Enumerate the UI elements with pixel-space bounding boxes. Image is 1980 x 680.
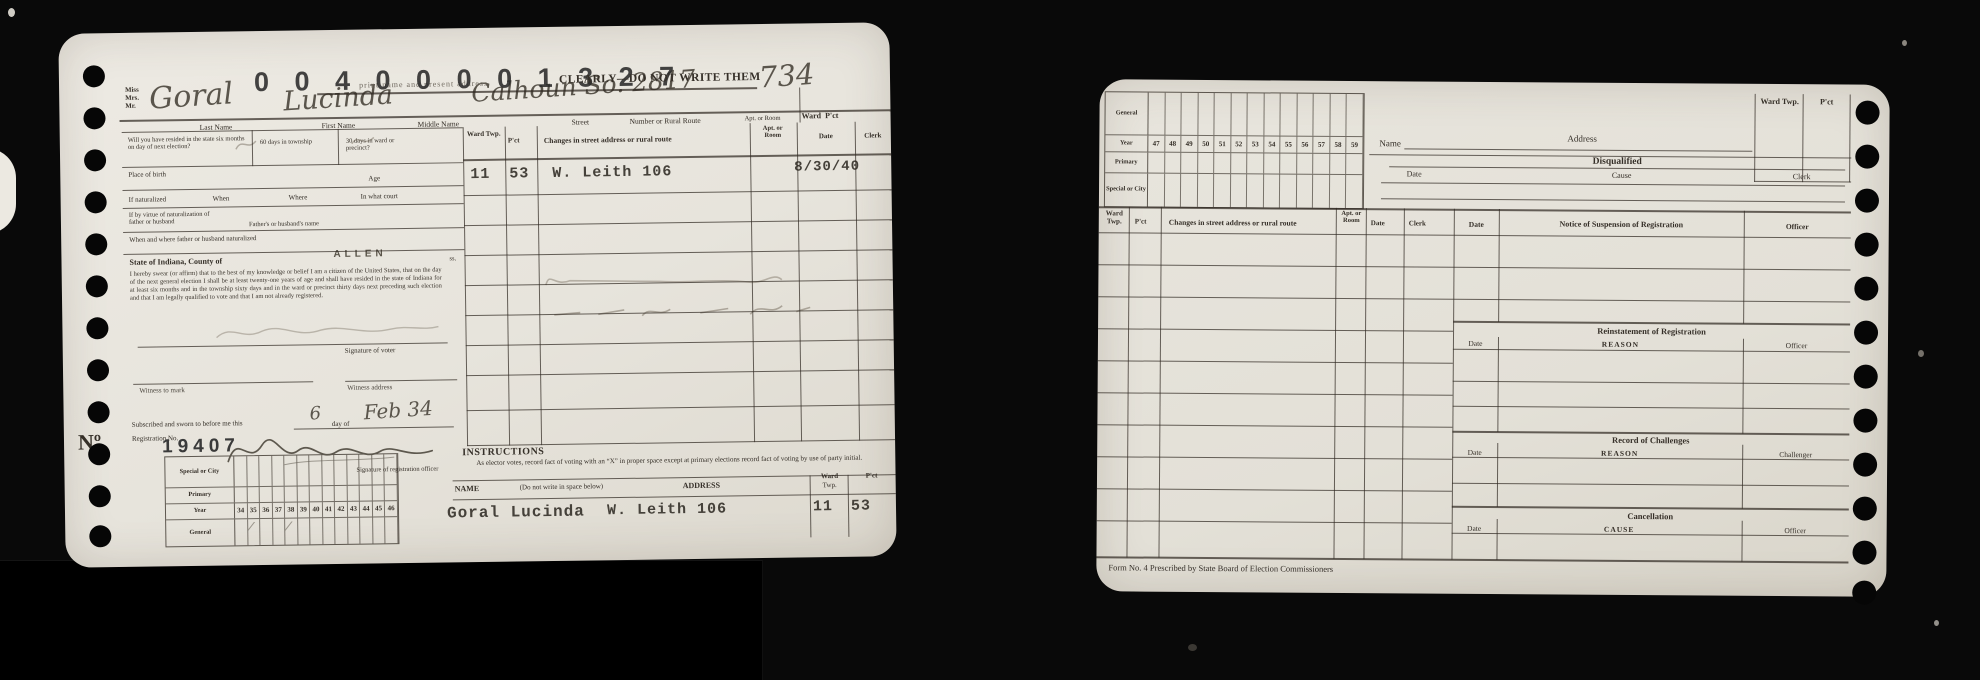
punch-hole [1853,497,1877,521]
dust-speck [1188,644,1197,651]
grid-cell: 44 [360,501,373,516]
grid-cell [385,485,398,500]
typed-ward-value: 11 [470,167,490,184]
grid-cell [348,518,361,544]
grid-cell [235,487,248,502]
grid-cell: 55 [1281,137,1298,153]
grid-cell [385,517,398,543]
grid-cell [1198,153,1215,173]
grid-cell [1247,174,1264,207]
punch-hole [1852,581,1876,605]
label-apt-room: Apt. or Room [745,115,781,123]
grid-cell [1148,174,1165,207]
col-date: Date [800,133,852,142]
vote-mark: ⁄ [249,519,252,541]
suspension-title: Notice of Suspension of Registration [1501,220,1742,231]
back-col-ward-twp: Ward Twp. [1101,210,1128,226]
rule-line [1098,392,1453,395]
grid-cell: ⁄ [248,519,261,545]
rule-line [1742,339,1744,434]
reinstatement-date: Date [1453,340,1498,349]
rule-line [1741,521,1742,562]
col-changes: Changes in street address or rural route [544,135,672,145]
typed-voter-address: W. Leith 106 [607,502,727,520]
rule-line [1401,208,1404,559]
salutation-mrs: Mrs. [125,95,139,103]
rule-line [463,127,468,446]
grid-cell: 52 [1231,136,1248,152]
rule-line [1099,232,1454,235]
rule-line [1098,328,1453,331]
grid-row: Year47484950515253545556575859 [1105,135,1363,154]
handwritten-sworn-date: Feb 34 [363,397,434,424]
cancellation-title: Cancellation [1452,511,1849,523]
grid-cell [1214,174,1231,207]
grid-cell [1231,153,1248,173]
grid-cell [1231,93,1248,135]
label-where: Where [289,194,308,202]
grid-cell [372,485,385,500]
col-apt-room: Apt. or Room [756,125,790,140]
grid-row-label: Year [166,503,235,519]
punch-hole [83,65,105,87]
rule-line [133,381,313,385]
grid-cell: 59 [1347,137,1364,153]
grid-row: General⁄⁄ [166,517,398,546]
label-when-where-naturalized: When and where father or husband natural… [129,235,259,244]
grid-cell [1198,174,1215,207]
rule-line [1099,206,1851,213]
rule-line [1097,456,1452,459]
typed-voter-ward: 11 [813,499,833,516]
grid-cell: 50 [1198,136,1215,152]
grid-cell: 35 [247,503,260,518]
disqualified-date: Date [1384,170,1444,179]
rule-line [1126,206,1129,557]
back-ward-twp: Ward Twp. [1760,98,1800,107]
grid-cell [1247,153,1264,173]
rule-line [848,475,850,537]
grid-cell: 37 [272,503,285,518]
grid-row-label: Primary [1105,152,1148,172]
grid-cell [322,486,335,501]
grid-cell [297,486,310,501]
punch-hole [84,149,106,171]
answer-marks [232,129,422,162]
reinstatement-officer: Officer [1745,342,1848,351]
voter-registration-card-front: 0 0 4 0 0 0 0 1 3 2 7 print name and pre… [58,22,896,568]
punch-hole [1854,277,1878,301]
grid-cell [247,487,260,502]
rule-line [1333,208,1336,559]
reinstatement-title: Reinstatement of Registration [1453,326,1850,338]
question-resided: Will you have resided in the state six m… [128,135,246,151]
rule-line [464,249,892,256]
grid-cell [360,485,373,500]
back-col-changes: Changes in street address or rural route [1169,219,1297,228]
grid-cell [323,518,336,544]
film-tear-blob [0,148,16,234]
rule-line [464,189,892,196]
salutation-mr: Mr. [125,103,136,111]
grid-cell [1181,174,1198,207]
rule-line [1097,424,1452,427]
grid-row-label: General [1105,92,1148,134]
grid-cell: 47 [1148,136,1165,152]
grid-cell [1280,175,1297,208]
punch-hole [1853,453,1877,477]
dust-speck [1918,350,1924,357]
grid-row-label: Special or City [1105,173,1148,206]
label-in-what-court: In what court [361,193,398,201]
instructions-title: INSTRUCTIONS [462,446,544,458]
typed-address-change: W. Leith 106 [552,164,672,182]
rule-line [1497,443,1498,507]
do-not-write-warning: CLEARLY—DO NOT WRITE THEM [559,71,761,87]
rule-line [467,404,895,411]
typed-pct-value: 53 [509,166,529,183]
col-clerk: Clerk [857,132,889,140]
rule-line [1849,94,1851,182]
grid-cell: 58 [1330,137,1347,153]
back-col-clerk: Clerk [1409,220,1426,228]
rule-line [1498,209,1500,322]
label-witness-address: Witness address [347,384,392,392]
punch-hole [1855,189,1879,213]
grid-cell [1148,93,1165,135]
dust-speck [8,8,15,17]
grid-cell: 57 [1314,137,1331,153]
rule-line [122,162,463,168]
rule-line [1497,337,1499,432]
back-col-date: Date [1371,220,1385,228]
grid-cell: 39 [298,502,311,517]
rule-line [1098,264,1453,267]
grid-cell: 36 [260,503,273,518]
grid-cell: 46 [385,501,398,516]
disqualified-cause: Cause [1499,171,1744,182]
grid-cell [360,517,373,543]
rule-line [1452,506,1849,511]
rule-line [1097,488,1452,491]
grid-cell [1198,93,1215,135]
rule-line [1453,267,1850,271]
punch-hole [1853,409,1877,433]
grid-cell [1347,154,1364,174]
grid-cell [310,518,323,544]
grid-cell [1264,93,1281,135]
grid-cell: 41 [323,502,336,517]
grid-cell [1314,94,1331,136]
grid-cell [1280,154,1297,174]
grid-cell: 53 [1247,136,1264,152]
rule-line [1363,208,1366,559]
grid-cell [1165,153,1182,173]
grid-cell [1231,174,1248,207]
affidavit-ss: ss. [449,255,456,262]
grid-cell [335,518,348,544]
rule-line [1453,321,1850,326]
voting-record-grid-back: GeneralYear47484950515253545556575859Pri… [1104,91,1365,209]
rule-line [1742,445,1743,509]
back-col-apt: Apt. or Room [1338,210,1365,225]
label-place-of-birth: Place of birth [128,171,168,179]
grid-cell: 40 [310,502,323,517]
rule-line [464,219,892,226]
grid-cell [273,519,286,545]
punch-hole [88,443,110,465]
grid-cell [1214,153,1231,173]
back-name-label: Name [1379,138,1401,148]
salutation-miss: Miss [125,87,139,95]
label-age: Age [368,175,380,183]
punch-hole [89,525,111,547]
label-address-bottom: ADDRESS [683,482,720,491]
label-number-rural-route: Number or Rural Route [630,117,701,126]
punch-hole [1854,321,1878,345]
punch-hole [1852,541,1876,565]
typed-voter-name: Goral Lucinda [447,504,585,524]
grid-cell [1181,153,1198,173]
grid-cell [1165,93,1182,135]
punch-hole [87,359,109,381]
grid-cell [1248,93,1265,135]
punch-hole [83,107,105,129]
grid-cell: 54 [1264,136,1281,152]
punch-hole [1855,101,1879,125]
rule-line [1452,483,1849,487]
grid-row-label: Year [1105,135,1148,151]
grid-row: Primary [1105,152,1363,175]
vote-mark: ⁄ [286,519,289,541]
mini-col-twp: Twp. [812,482,848,490]
grid-cell [260,487,273,502]
rule-line [1158,207,1161,558]
rule-line [1454,235,1851,239]
rule-line [345,379,457,382]
grid-cell [1330,175,1347,208]
grid-cell [373,517,386,543]
film-frame-dark-corner [0,560,763,680]
rule-line [123,203,464,209]
grid-cell: 56 [1297,137,1314,153]
rule-line [466,369,894,376]
grid-cell: 42 [335,502,348,517]
affidavit-heading: State of Indiana, County of [129,258,222,268]
label-do-not-write: (Do not write in space below) [520,483,604,492]
punch-holes-right [1100,79,1890,85]
grid-row: Special or City [1105,173,1363,208]
grid-cell [298,518,311,544]
grid-cell [1347,94,1364,136]
label-witness: Witness to mark [139,387,185,395]
suspension-date: Date [1454,221,1499,230]
grid-cell: 43 [348,502,361,517]
rule-line [1098,296,1453,299]
grid-cell [272,487,285,502]
grid-cell [1297,175,1314,208]
grid-cell: 48 [1165,136,1182,152]
punch-hole [89,485,111,507]
label-signature-of-voter: Signature of voter [345,347,396,356]
rule-line [1098,360,1453,363]
grid-cell [1313,154,1330,174]
back-address-label: Address [1567,134,1597,144]
grid-cell [1264,153,1281,173]
rule-line [1097,520,1452,523]
rule-line [1404,148,1752,151]
voter-signature-faint [212,316,442,345]
rule-line [1743,211,1745,324]
punch-hole [86,317,108,339]
grid-row: General [1105,92,1363,137]
rule-line [1453,406,1850,410]
label-ward-pct: Ward P'ct [801,112,838,121]
handwritten-ward-pct: 734 [758,58,815,94]
grid-cell [260,519,273,545]
grid-cell [1264,174,1281,207]
grid-cell: 34 [235,503,248,518]
grid-cell: 49 [1181,136,1198,152]
label-when: When [213,195,230,203]
grid-cell [1330,154,1347,174]
grid-cell [285,487,298,502]
rule-line [799,87,800,122]
grid-cell: 38 [285,503,298,518]
challenges-title: Record of Challenges [1452,435,1849,447]
punch-hole [87,401,109,423]
grid-cell [1313,175,1330,208]
typed-voter-pct: 53 [851,499,871,516]
col-ward-twp: Ward Twp. [466,131,502,139]
grid-cell [1297,154,1314,174]
grid-cell: 45 [373,501,386,516]
typed-date-value: 8/30/40 [794,160,860,177]
suspension-officer: Officer [1746,223,1849,232]
grid-cell [1148,153,1165,173]
grid-cell [347,486,360,501]
label-father-name: Father's or husband's name [249,220,319,228]
rule-line [1496,519,1497,560]
dust-speck [1902,40,1907,46]
punch-hole [1854,365,1878,389]
grid-cell [1297,94,1314,136]
grid-cell [235,519,248,545]
punch-holes-left [58,22,889,34]
back-col-pct: P'ct [1135,218,1147,226]
grid-row-label: Primary [166,487,235,503]
grid-cell [1164,174,1181,207]
punch-hole [1855,233,1879,257]
grid-cell: ⁄ [285,519,298,545]
grid-cell [310,486,323,501]
col-pct: P'ct [508,137,520,145]
label-name-bottom: NAME [455,485,480,494]
affidavit-body: I hereby swear (or affirm) that to the b… [130,266,442,302]
grid-cell [335,486,348,501]
table-scribble-1 [540,262,795,294]
rule-line [1381,182,1845,186]
grid-row-label: General [166,519,235,546]
label-by-virtue: If by virtue of naturalization of father… [129,211,224,227]
grid-cell [1330,94,1347,136]
label-if-naturalized: If naturalized [129,196,167,204]
rule-line [1096,556,1848,563]
label-street: Street [572,118,590,127]
form-footer: Form No. 4 Prescribed by State Board of … [1108,563,1333,574]
grid-cell: 51 [1214,136,1231,152]
punch-hole [1855,145,1879,169]
grid-cell [1346,175,1363,208]
rule-line [467,439,895,446]
back-pct: P'ct [1807,98,1847,107]
punch-hole [85,191,107,213]
grid-cell [1215,93,1232,135]
rule-line [1453,299,1850,303]
rule-line [466,339,894,346]
handwritten-last-name: Goral [148,77,234,116]
voter-registration-card-back: GeneralYear47484950515253545556575859Pri… [1096,79,1890,597]
grid-cell [1281,94,1298,136]
microfilm-background: 0 0 4 0 0 0 0 1 3 2 7 print name and pre… [0,0,1980,680]
rule-line [122,185,463,191]
grid-cell [1181,93,1198,135]
dust-speck [1934,620,1939,626]
rule-line [1453,381,1850,385]
punch-hole [85,233,107,255]
punch-hole [86,275,108,297]
rule-line [1381,198,1845,202]
rule-line [123,249,464,255]
rule-line [123,227,464,233]
